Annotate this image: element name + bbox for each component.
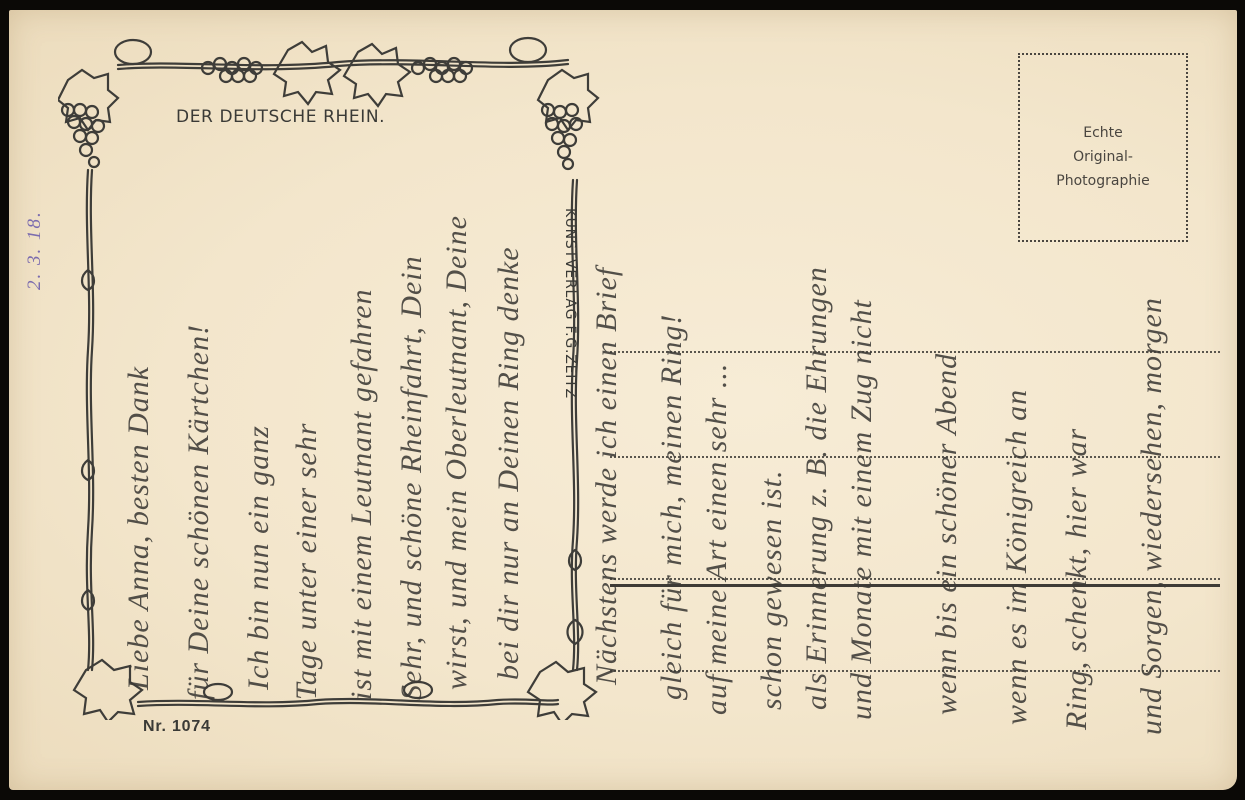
handwriting-line: gleich für mich, meinen Ring!	[655, 314, 689, 700]
handwriting-line: Tage unter einer sehr	[290, 423, 324, 700]
handwriting-line: wirst, und mein Oberleutnant, Deine	[440, 215, 474, 690]
handwriting-line: und Sorgen, wiedersehen, morgen	[1135, 297, 1169, 735]
handwriting-line: wenn bis ein schöner Abend	[930, 353, 964, 715]
handwriting-line: auf meine Art einen sehr ...	[700, 363, 734, 715]
handwriting-line: als Erinnerung z. B. die Ehrungen	[800, 266, 834, 710]
handwritten-message: Liebe Anna, besten Dank für Deine schöne…	[0, 0, 1245, 800]
handwriting-line: für Deine schönen Kärtchen!	[182, 324, 216, 700]
handwriting-line: Sehr, und schöne Rheinfahrt, Dein	[395, 255, 429, 700]
handwriting-line: Nächstens werde ich einen Brief	[590, 267, 624, 685]
handwriting-line: ist mit einem Leutnant gefahren	[345, 288, 379, 700]
handwriting-line: Liebe Anna, besten Dank	[122, 366, 156, 690]
handwriting-line: und Monate mit einem Zug nicht	[845, 299, 879, 720]
handwriting-line: wenn es im Königreich an	[1000, 389, 1034, 725]
handwriting-line: Ich bin nun ein ganz	[242, 425, 276, 690]
handwriting-line: Ring, schenkt, hier war	[1060, 428, 1094, 730]
handwriting-line: schon gewesen ist.	[755, 470, 789, 710]
handwriting-line: bei dir nur an Deinen Ring denke	[492, 246, 526, 680]
